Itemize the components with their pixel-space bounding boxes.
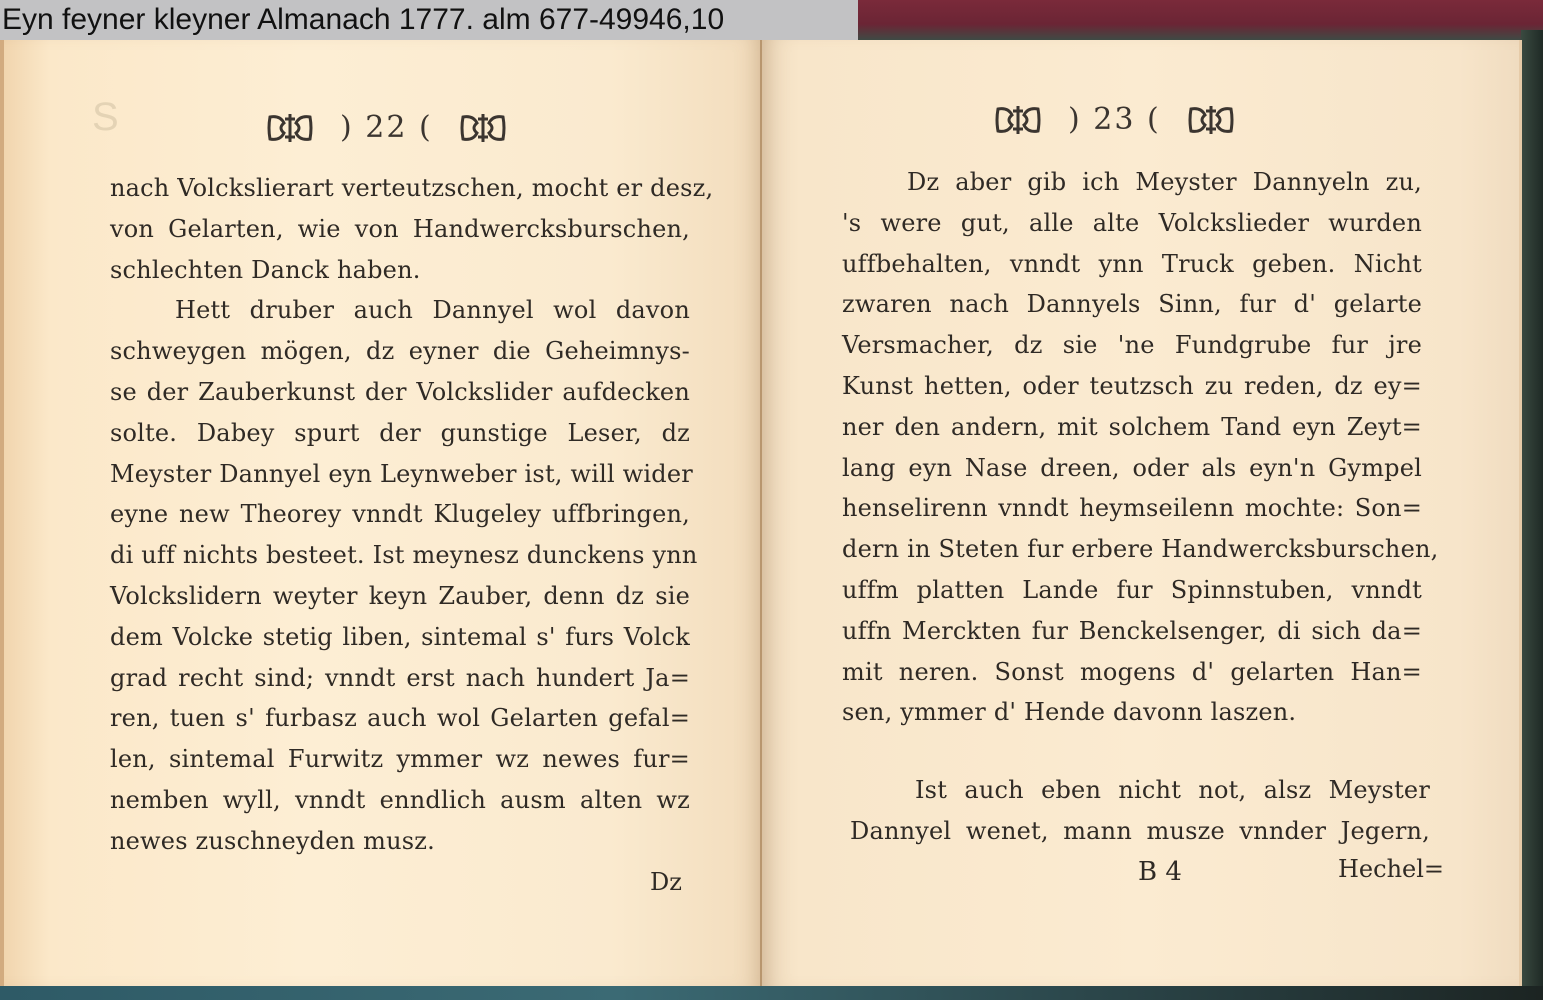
text-line: lang eyn Nase dreen, oder als eyn'n Gymp… <box>842 448 1422 489</box>
book-cover-bottom <box>0 986 1543 1000</box>
text-line: Volckslidern weyter keyn Zauber, denn dz… <box>110 576 690 617</box>
text-line: uffbehalten, vnndt ynn Truck geben. Nich… <box>842 244 1422 285</box>
text-line: von Gelarten, wie von Handwercksburschen… <box>110 209 690 250</box>
text-line: dem Volcke stetig liben, sintemal s' fur… <box>110 617 690 658</box>
fleuron-ornament-icon <box>266 111 314 145</box>
stamp-mark: S <box>92 95 119 140</box>
text-line: solte. Dabey spurt der gunstige Leser, d… <box>110 413 690 454</box>
text-line: Versmacher, dz sie 'ne Fundgrube fur jre <box>842 325 1422 366</box>
text-line: ner den andern, mit solchem Tand eyn Zey… <box>842 407 1422 448</box>
fleuron-ornament-icon <box>459 111 507 145</box>
text-line: nach Volckslierart verteutzschen, mocht … <box>110 168 690 209</box>
left-page: S ) 22 ( nach Volckslierart verteutzsche… <box>0 40 762 986</box>
text-line: sen, ymmer d' Hende davonn laszen. <box>842 692 1422 733</box>
text-line: 's were gut, alle alte Volckslieder wurd… <box>842 203 1422 244</box>
right-page-paragraph-1: Dz aber gib ich Meyster Dannyeln zu, 's … <box>842 162 1422 733</box>
text-line: Meyster Dannyel eyn Leynweber ist, will … <box>110 454 690 495</box>
text-line: newes zuschneyden musz. <box>110 821 690 862</box>
left-page-body: nach Volckslierart verteutzschen, mocht … <box>110 168 690 862</box>
page-number: ) 22 ( <box>340 110 433 145</box>
text-line: Ist auch eben nicht not, alsz Meyster <box>850 770 1430 811</box>
text-line: dern in Steten fur erbere Handwercksburs… <box>842 529 1422 570</box>
text-line: mit neren. Sonst mogens d' gelarten Han= <box>842 652 1422 693</box>
text-line: grad recht sind; vnndt erst nach hundert… <box>110 658 690 699</box>
text-line: Dz aber gib ich Meyster Dannyeln zu, <box>842 162 1422 203</box>
fleuron-ornament-icon <box>1187 103 1235 137</box>
text-line: Hett druber auch Dannyel wol davon <box>110 290 690 331</box>
page-number: ) 23 ( <box>1068 102 1161 137</box>
text-line: Kunst hetten, oder teutzsch zu reden, dz… <box>842 366 1422 407</box>
text-line: uffm platten Lande fur Spinnstuben, vnnd… <box>842 570 1422 611</box>
text-line: schweygen mögen, dz eyner die Geheimnys- <box>110 331 690 372</box>
text-line: di uff nichts besteet. Ist meynesz dunck… <box>110 535 690 576</box>
text-line: eyne new Theorey vnndt Klugeley uffbring… <box>110 494 690 535</box>
text-line: Dannyel wenet, mann musze vnnder Jegern, <box>850 811 1430 852</box>
right-page: ) 23 ( Dz aber gib ich Meyster Dannyeln … <box>762 40 1522 986</box>
catchword: Dz <box>650 868 682 896</box>
text-line: ren, tuen s' furbasz auch wol Gelarten g… <box>110 698 690 739</box>
text-line: zwaren nach Dannyels Sinn, fur d' gelart… <box>842 284 1422 325</box>
text-line: schlechten Danck haben. <box>110 250 690 291</box>
catchword: Hechel= <box>1338 855 1444 883</box>
text-line: se der Zauberkunst der Volckslider aufde… <box>110 372 690 413</box>
signature-mark: B 4 <box>1138 857 1182 887</box>
page-header-right: ) 23 ( <box>994 102 1235 137</box>
caption-title-bar: Eyn feyner kleyner Almanach 1777. alm 67… <box>0 0 858 40</box>
page-header-left: ) 22 ( <box>266 110 507 145</box>
text-line: henselirenn vnndt heymseilenn mochte: So… <box>842 488 1422 529</box>
right-page-paragraph-2: Ist auch eben nicht not, alsz Meyster Da… <box>850 770 1430 852</box>
text-line: len, sintemal Furwitz ymmer wz newes fur… <box>110 739 690 780</box>
text-line: nemben wyll, vnndt enndlich ausm alten w… <box>110 780 690 821</box>
book-cover-edge <box>1521 30 1543 1000</box>
fleuron-ornament-icon <box>994 103 1042 137</box>
text-line: uffn Merckten fur Benckelsenger, di sich… <box>842 611 1422 652</box>
